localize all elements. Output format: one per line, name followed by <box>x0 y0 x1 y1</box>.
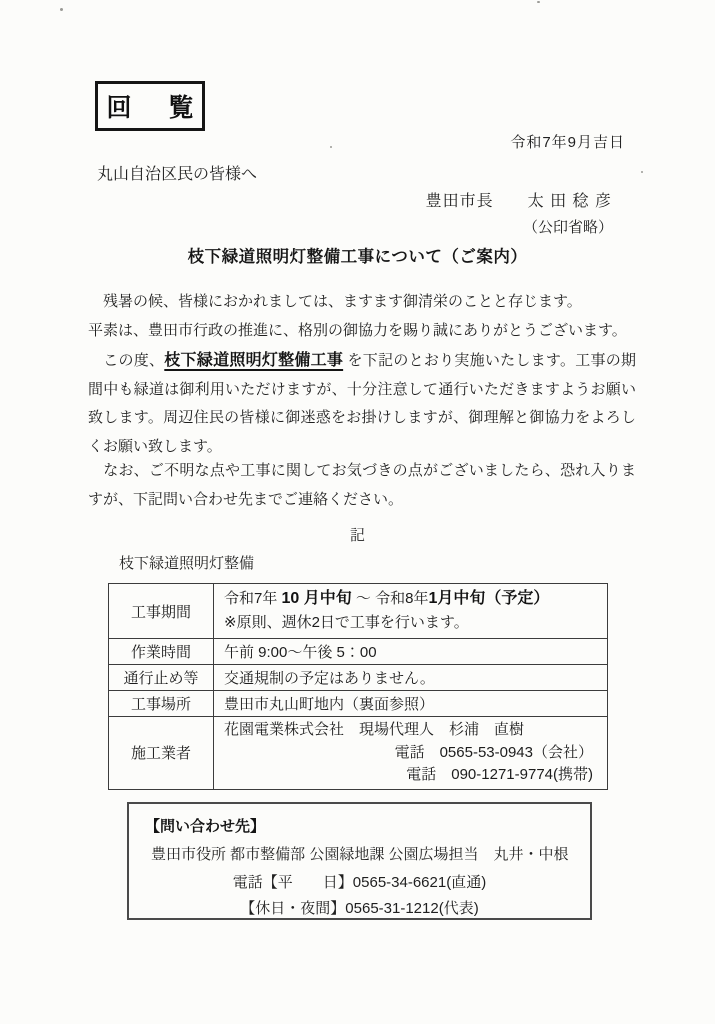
sender-line: 豊田市長 太 田 稔 彦 <box>426 188 612 211</box>
row-label-contractor: 施工業者 <box>109 717 214 790</box>
contractor-phone-mobile: 電話 090-1271-9774(携帯) <box>224 764 597 787</box>
row-value-contractor: 花園電業株式会社 現場代理人 杉浦 直樹 電話 0565-53-0943（会社）… <box>214 717 608 790</box>
scan-speck <box>330 146 332 148</box>
row-value-closure: 交通規制の予定はありません。 <box>214 665 608 691</box>
contact-department-line: 豊田市役所 都市整備部 公園緑地課 公園広場担当 丸井・中根 <box>145 843 574 864</box>
period-bold-1: 10 月中旬 <box>282 590 352 607</box>
kairan-stamp-box: 回 覧 <box>95 81 205 131</box>
period-text-1: 令和7年 <box>224 590 282 607</box>
table-row-hours: 作業時間 午前 9:00～午後 5：00 <box>109 639 608 665</box>
document-page: 回 覧 令和7年9月吉日 丸山自治区民の皆様へ 豊田市長 太 田 稔 彦 （公印… <box>0 0 715 1024</box>
row-value-period: 令和7年 10 月中旬 ～ 令和8年1月中旬（予定） ※原則、週休2日で工事を行… <box>214 584 608 639</box>
contractor-phone-company: 電話 0565-53-0943（会社） <box>224 742 597 765</box>
contact-phone-holiday: 【休日・夜間】0565-31-1212(代表) <box>145 897 574 918</box>
row-label-closure: 通行止め等 <box>109 665 214 691</box>
table-row-contractor: 施工業者 花園電業株式会社 現場代理人 杉浦 直樹 電話 0565-53-094… <box>109 717 608 790</box>
project-name-emphasis: 枝下緑道照明灯整備工事 <box>164 352 343 369</box>
main-paragraph-prefix: この度、 <box>88 352 164 369</box>
recipient-line: 丸山自治区民の皆様へ <box>97 161 257 184</box>
scan-speck <box>537 1 540 3</box>
closing-paragraph: なお、ご不明な点や工事に関してお気づきの点がございましたら、恐れ入りますが、下記… <box>88 456 636 514</box>
greeting-line-1: 残暑の候、皆様におかれましては、ますます御清栄のことと存じます。 <box>88 293 582 310</box>
contact-box: 【問い合わせ先】 豊田市役所 都市整備部 公園緑地課 公園広場担当 丸井・中根 … <box>127 802 592 920</box>
table-row-closure: 通行止め等 交通規制の予定はありません。 <box>109 665 608 691</box>
table-caption: 枝下緑道照明灯整備 <box>119 552 254 573</box>
document-date: 令和7年9月吉日 <box>510 131 625 152</box>
greeting-paragraph: 残暑の候、皆様におかれましては、ますます御清栄のことと存じます。 平素は、豊田市… <box>88 287 636 345</box>
seal-omitted-note: （公印省略） <box>523 216 613 237</box>
scan-speck <box>60 8 63 11</box>
period-note-line: ※原則、週休2日で工事を行います。 <box>224 611 597 635</box>
table-row-location: 工事場所 豊田市丸山町地内（裏面参照） <box>109 691 608 717</box>
kairan-stamp-label: 回 覧 <box>106 88 199 124</box>
greeting-line-2: 平素は、豊田市行政の推進に、格別の御協力を賜り誠にありがとうございます。 <box>88 322 627 339</box>
work-details-table: 工事期間 令和7年 10 月中旬 ～ 令和8年1月中旬（予定） ※原則、週休2日… <box>108 583 608 790</box>
contact-heading: 【問い合わせ先】 <box>145 815 574 836</box>
row-label-hours: 作業時間 <box>109 639 214 665</box>
row-value-location: 豊田市丸山町地内（裏面参照） <box>214 691 608 717</box>
contractor-company-line: 花園電業株式会社 現場代理人 杉浦 直樹 <box>224 719 597 742</box>
row-value-hours: 午前 9:00～午後 5：00 <box>214 639 608 665</box>
period-text-2: ～ 令和8年 <box>352 590 429 607</box>
scan-speck <box>641 171 643 173</box>
contact-phone-weekday: 電話【平 日】0565-34-6621(直通) <box>145 871 574 892</box>
period-bold-2: 1月中旬（予定） <box>428 590 549 607</box>
period-value-line: 令和7年 10 月中旬 ～ 令和8年1月中旬（予定） <box>224 587 597 611</box>
row-label-location: 工事場所 <box>109 691 214 717</box>
table-row-period: 工事期間 令和7年 10 月中旬 ～ 令和8年1月中旬（予定） ※原則、週休2日… <box>109 584 608 639</box>
document-title: 枝下緑道照明灯整備工事について（ご案内） <box>0 243 715 267</box>
main-paragraph: この度、枝下緑道照明灯整備工事 を下記のとおり実施いたします。工事の期間中も緑道… <box>88 347 636 461</box>
row-label-period: 工事期間 <box>109 584 214 639</box>
record-marker: 記 <box>0 524 715 545</box>
